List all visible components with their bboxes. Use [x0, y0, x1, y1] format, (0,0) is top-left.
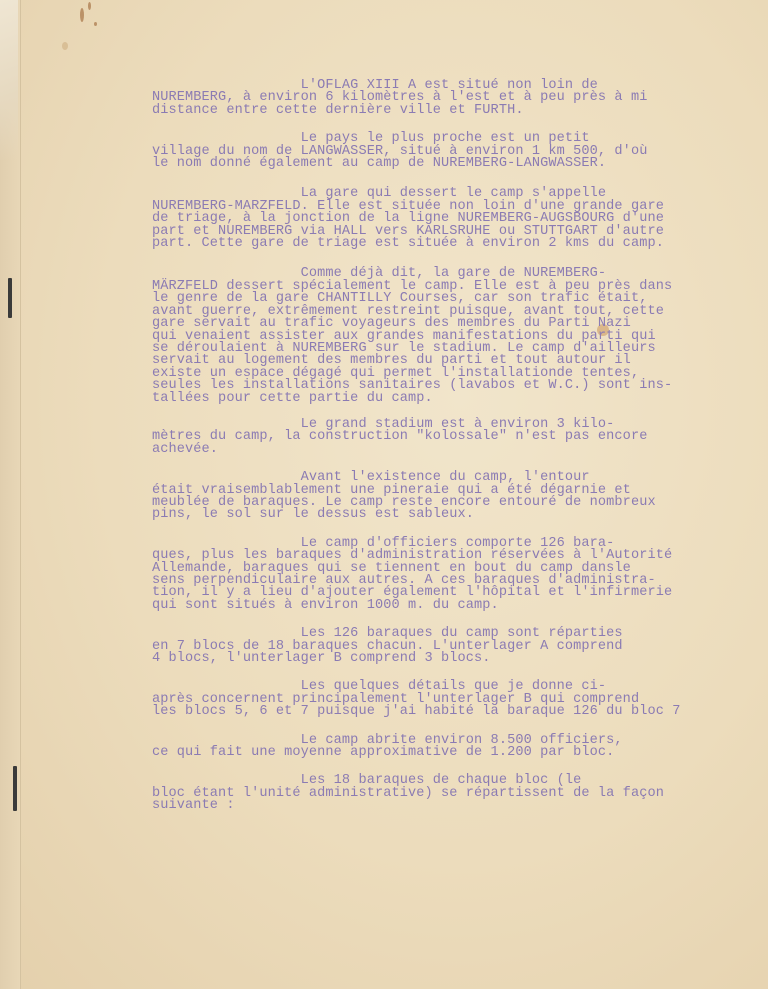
paragraph: Le camp abrite environ 8.500 officiers,c…: [152, 735, 768, 760]
text-line: distance entre cette dernière ville et F…: [152, 105, 768, 117]
torn-corner: [0, 0, 18, 160]
text-line: les blocs 5, 6 et 7 puisque j'ai habité …: [152, 706, 768, 718]
text-line: tallées pour cette partie du camp.: [152, 393, 768, 405]
text-line: achevée.: [152, 444, 768, 456]
paragraph: Les 18 baraques de chaque bloc (lebloc é…: [152, 775, 768, 812]
rust-stain: [88, 2, 91, 10]
rust-stain: [94, 22, 97, 26]
paragraph: Avant l'existence du camp, l'entourétait…: [152, 472, 768, 522]
text-line: ce qui fait une moyenne approximative de…: [152, 747, 768, 759]
paragraph: Le grand stadium est à environ 3 kilo-mè…: [152, 419, 768, 456]
scanned-page: L'OFLAG XIII A est situé non loin deNURE…: [0, 0, 768, 989]
text-line: pins, le sol sur le dessus est sableux.: [152, 509, 768, 521]
paragraph: Comme déjà dit, la gare de NUREMBERG-MÄR…: [152, 268, 768, 404]
rust-stain: [62, 42, 68, 50]
staple-mark: [13, 766, 17, 811]
text-line: suivante :: [152, 800, 768, 812]
paragraph: Le camp d'officiers comporte 126 bara-qu…: [152, 538, 768, 612]
paragraph: Les quelques détails que je donne ci-apr…: [152, 681, 768, 718]
text-line: bloc étant l'unité administrative) se ré…: [152, 788, 768, 800]
typewritten-text: L'OFLAG XIII A est situé non loin deNURE…: [152, 80, 768, 829]
paragraph: Les 126 baraques du camp sont répartiese…: [152, 628, 768, 665]
rust-stain: [80, 8, 84, 22]
text-line: part. Cette gare de triage est située à …: [152, 238, 768, 250]
text-line: le nom donné également au camp de NUREMB…: [152, 158, 768, 170]
paragraph: La gare qui dessert le camp s'appelleNUR…: [152, 188, 768, 250]
text-line: mètres du camp, la construction "kolossa…: [152, 431, 768, 443]
text-line: qui sont situés à environ 1000 m. du cam…: [152, 600, 768, 612]
paragraph: Le pays le plus proche est un petitvilla…: [152, 133, 768, 170]
paragraph: L'OFLAG XIII A est situé non loin deNURE…: [152, 80, 768, 117]
text-line: 4 blocs, l'unterlager B comprend 3 blocs…: [152, 653, 768, 665]
staple-mark: [8, 278, 12, 318]
